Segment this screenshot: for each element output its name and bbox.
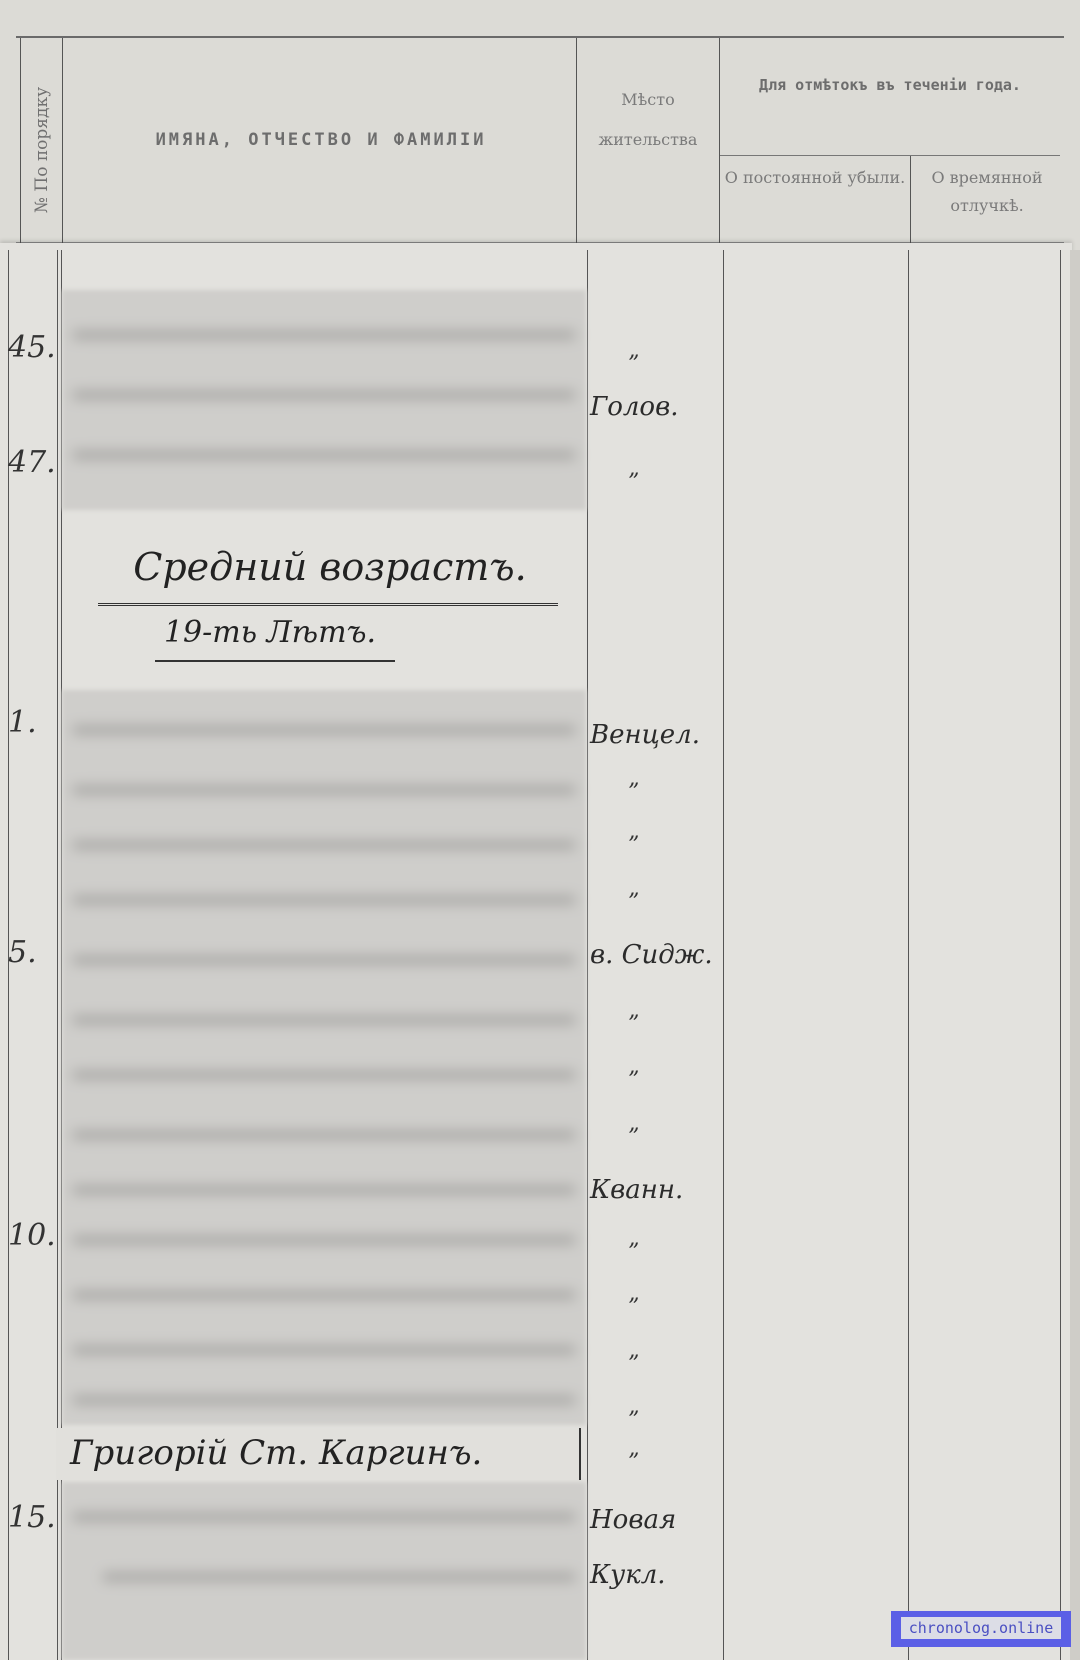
redacted-line	[72, 840, 576, 850]
residence: Новая	[590, 1505, 720, 1535]
header-permanent-loss: О постоянной убыли.	[720, 164, 910, 192]
header-residence-column: Мѣсто жительства	[578, 80, 718, 160]
header-number-label: № По порядку	[32, 87, 52, 213]
residence-ditto: ”	[628, 780, 639, 805]
divider	[910, 155, 911, 243]
form-header: № По порядку ИМЯНА, ОТЧЕСТВО И ФАМИЛІИ М…	[0, 0, 1080, 260]
redacted-line	[72, 1185, 576, 1195]
redacted-line	[72, 1070, 576, 1080]
header-temporary-absence: О времянной отлучкѣ.	[912, 164, 1062, 220]
residence-ditto: ”	[628, 1450, 639, 1475]
redacted-names-block	[62, 1482, 586, 1660]
header-marks-column: Для отмѣтокъ въ теченіи года.	[720, 76, 1060, 94]
redacted-line	[72, 725, 576, 735]
redacted-line	[72, 330, 576, 340]
header-number-column: № По порядку	[20, 60, 64, 240]
residence-ditto: ”	[628, 1068, 639, 1093]
page-edge	[1070, 250, 1080, 1660]
redacted-line	[72, 1290, 576, 1300]
section-title-underline	[98, 603, 558, 606]
residence-ditto: ”	[628, 1352, 639, 1377]
residence: Кукл.	[590, 1560, 720, 1590]
divider	[719, 38, 720, 243]
residence-ditto: ”	[628, 833, 639, 858]
page-rule	[908, 250, 909, 1660]
residence: в. Сидж.	[590, 940, 720, 970]
residence-ditto: ”	[628, 1012, 639, 1037]
watermark-text: chronolog.online	[901, 1617, 1061, 1639]
section-subtitle-underline	[155, 660, 395, 662]
residence-ditto: ”	[628, 1295, 639, 1320]
redacted-names-block	[62, 690, 586, 1425]
visible-name-entry: Григорій Ст. Каргинъ.	[56, 1428, 581, 1480]
redacted-line	[72, 450, 576, 460]
redacted-line	[72, 1235, 576, 1245]
redacted-line	[72, 785, 576, 795]
redacted-line	[72, 1512, 576, 1522]
redacted-names-block	[62, 290, 586, 510]
residence-ditto: ”	[628, 470, 639, 495]
divider	[576, 38, 577, 243]
section-subtitle: 19-ть Лѣтъ.	[150, 615, 390, 650]
redacted-line	[72, 1130, 576, 1140]
entry-number: 47.	[8, 445, 70, 480]
residence-ditto: ”	[628, 1125, 639, 1150]
redacted-line	[72, 895, 576, 905]
page-rule	[587, 250, 588, 1660]
section-title: Средний возрастъ.	[100, 545, 560, 589]
residence: Венцел.	[590, 720, 720, 750]
residence: Голов.	[590, 392, 720, 422]
residence: Кванн.	[590, 1175, 720, 1205]
entry-number: 45.	[8, 330, 70, 365]
header-names-column: ИМЯНА, ОТЧЕСТВО И ФАМИЛІИ	[66, 130, 576, 150]
entry-number: 15.	[8, 1500, 70, 1535]
residence-ditto: ”	[628, 352, 639, 377]
redacted-line	[72, 1345, 576, 1355]
residence-ditto: ”	[628, 890, 639, 915]
divider	[720, 155, 1060, 156]
page-rule	[1060, 250, 1061, 1660]
redacted-line	[72, 955, 576, 965]
entry-number: 5.	[8, 935, 70, 970]
watermark-badge: chronolog.online	[891, 1611, 1071, 1647]
residence-ditto: ”	[628, 1408, 639, 1433]
residence-ditto: ”	[628, 1240, 639, 1265]
entry-number: 10.	[8, 1218, 70, 1253]
redacted-line	[72, 1015, 576, 1025]
redacted-line	[102, 1572, 576, 1582]
page-rule	[723, 250, 724, 1660]
redacted-line	[72, 1395, 576, 1405]
entry-number: 1.	[8, 705, 70, 740]
redacted-line	[72, 390, 576, 400]
